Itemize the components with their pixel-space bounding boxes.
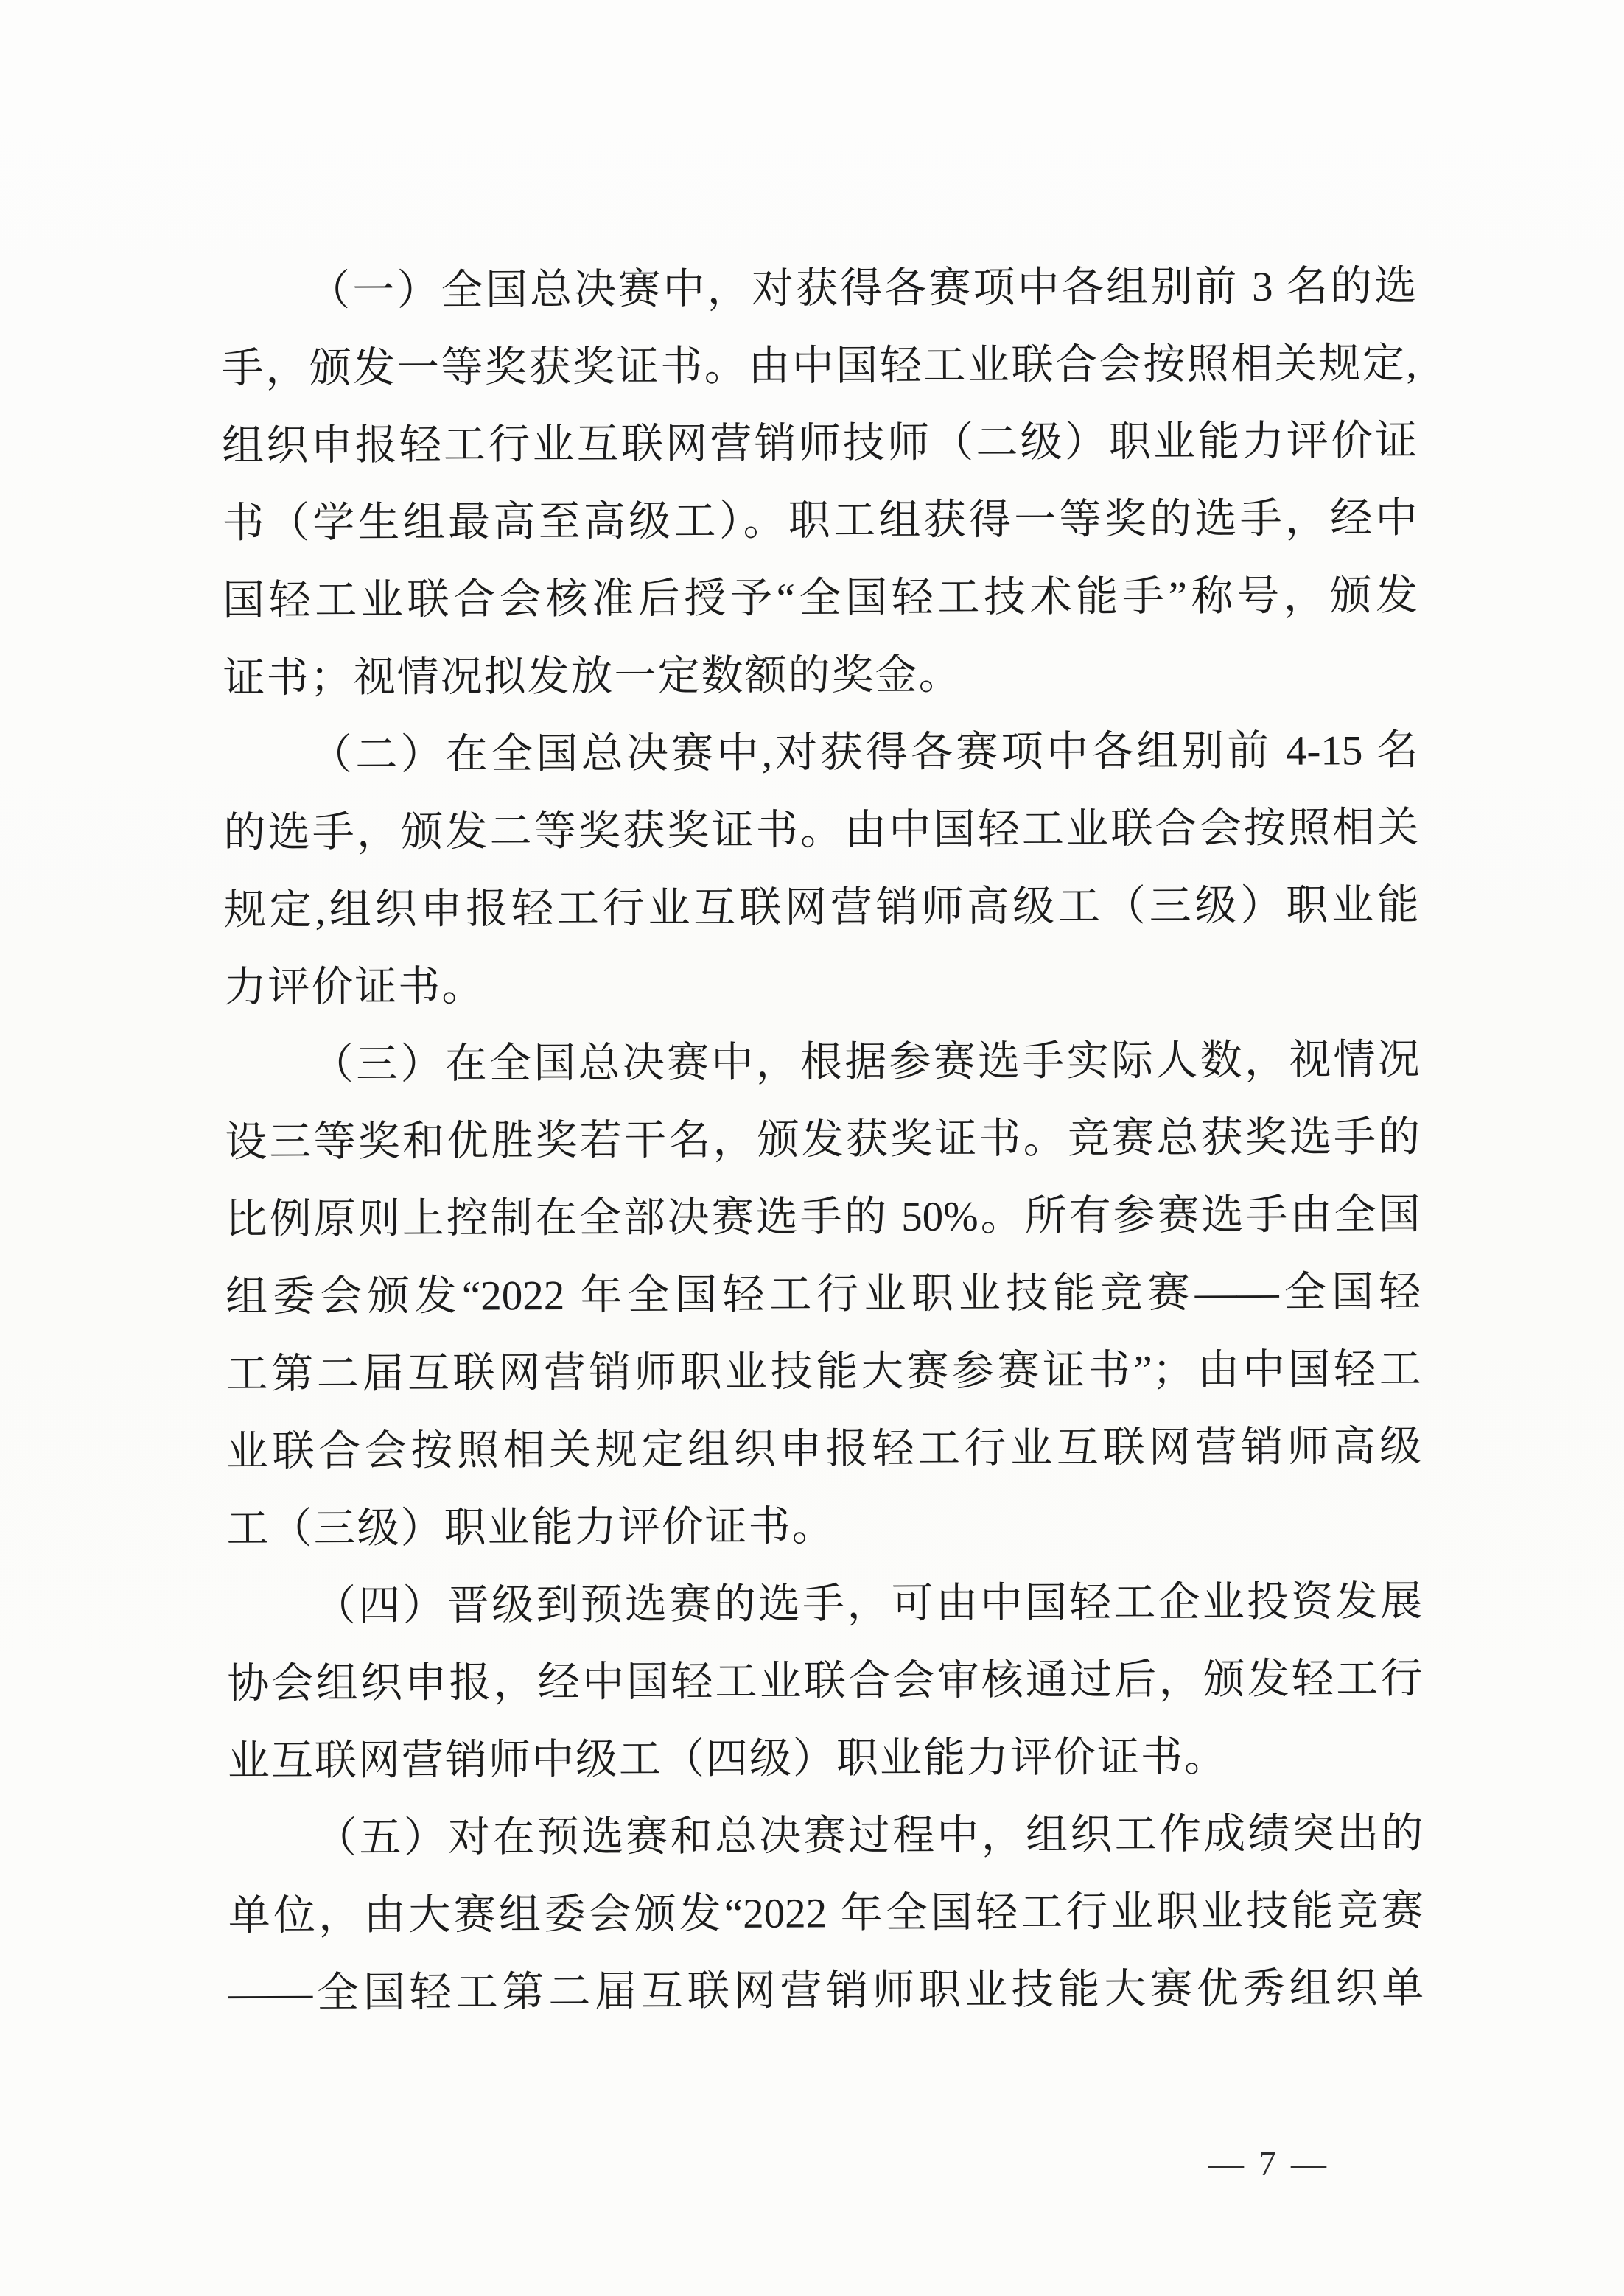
text-line: （二）在全国总决赛中,对获得各赛项中各组别前 4-15 名 (223, 712, 1418, 794)
text-line: 设三等奖和优胜奖若干名，颁发获奖证书。竞赛总获奖选手的 (225, 1099, 1420, 1181)
text-line: 书（学生组最高至高级工）。职工组获得一等奖的选手，经中 (222, 480, 1417, 562)
text-line: （五）对在预选赛和总决赛过程中，组织工作成绩突出的 (228, 1795, 1423, 1877)
text-line: 力评价证书。 (224, 944, 1419, 1026)
text-line: （三）在全国总决赛中，根据参赛选手实际人数，视情况 (225, 1021, 1420, 1104)
text-line: 业联合会按照相关规定组织申报轻工行业互联网营销师高级 (226, 1408, 1421, 1491)
text-line: 国轻工业联合会核准后授予“全国轻工技术能手”称号，颁发 (223, 557, 1418, 640)
text-line: （一）全国总决赛中，对获得各赛项中各组别前 3 名的选 (221, 248, 1416, 330)
text-line: （四）晋级到预选赛的选手，可由中国轻工企业投资发展 (227, 1563, 1422, 1645)
page-number: — 7 — (1188, 2138, 1350, 2190)
text-line: 工第二届互联网营销师职业技能大赛参赛证书”；由中国轻工 (225, 1331, 1421, 1413)
text-line: 组织申报轻工行业互联网营销师技师（二级）职业能力评价证 (222, 402, 1417, 485)
text-line: ——全国轻工第二届互联网营销师职业技能大赛优秀组织单 (228, 1950, 1424, 2032)
text-line: 工（三级）职业能力评价证书。 (226, 1485, 1421, 1568)
document-body: （一）全国总决赛中，对获得各赛项中各组别前 3 名的选手，颁发一等奖获奖证书。由… (221, 248, 1424, 2032)
text-line: 组委会颁发“2022 年全国轻工行业职业技能竞赛——全国轻 (225, 1253, 1421, 1336)
text-line: 证书；视情况拟发放一定数额的奖金。 (223, 634, 1418, 717)
text-line: 比例原则上控制在全部决赛选手的 50%。所有参赛选手由全国 (225, 1176, 1420, 1259)
text-line: 业互联网营销师中级工（四级）职业能力评价证书。 (228, 1718, 1423, 1800)
text-line: 规定,组织申报轻工行业互联网营销师高级工（三级）职业能 (224, 867, 1419, 949)
text-line: 的选手，颁发二等奖获奖证书。由中国轻工业联合会按照相关 (223, 789, 1418, 872)
text-line: 手，颁发一等奖获奖证书。由中国轻工业联合会按照相关规定, (221, 325, 1416, 407)
text-line: 单位，由大赛组委会颁发“2022 年全国轻工行业职业技能竞赛 (228, 1872, 1424, 1955)
text-line: 协会组织申报，经中国轻工业联合会审核通过后，颁发轻工行 (227, 1640, 1422, 1723)
